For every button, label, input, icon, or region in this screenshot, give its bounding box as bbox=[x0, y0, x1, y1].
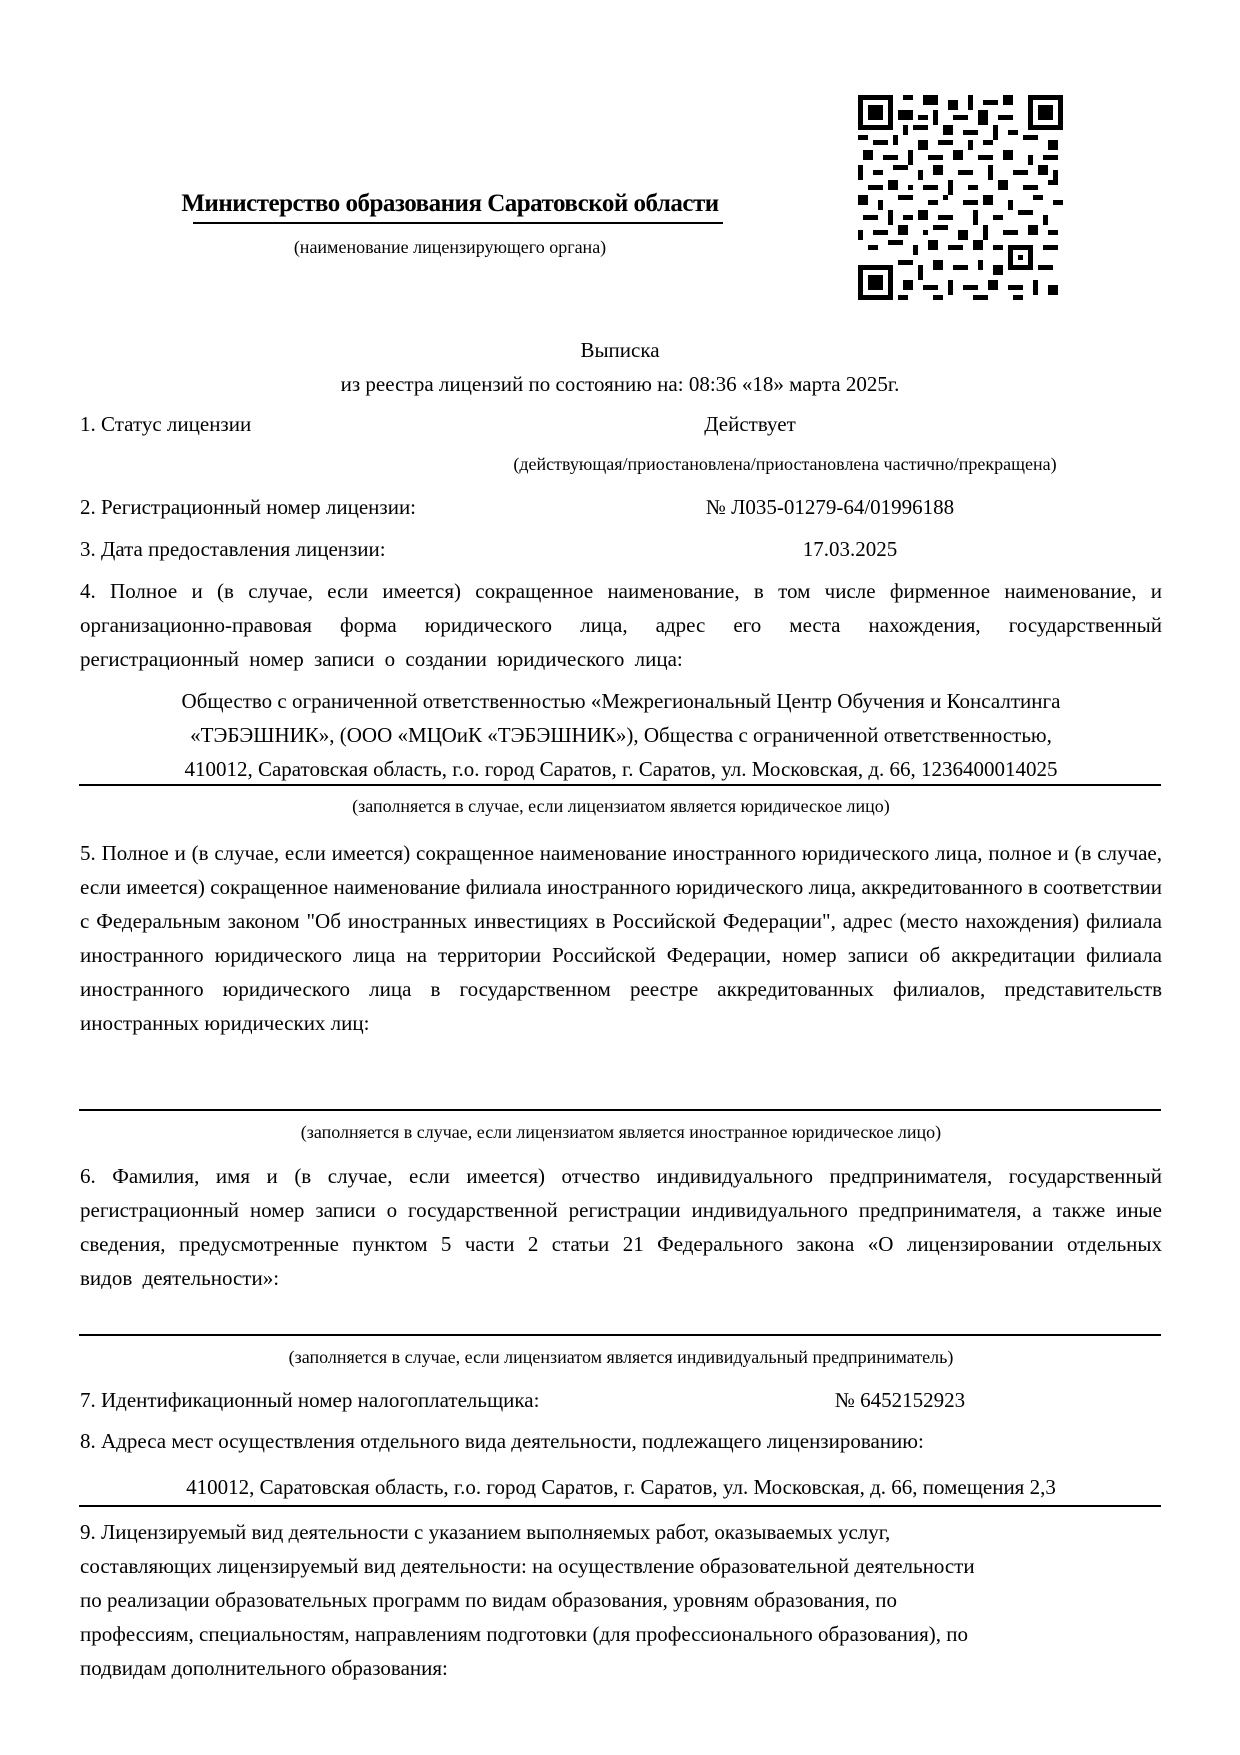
inn-value: № 6452152923 bbox=[800, 1383, 1000, 1417]
document-subtitle: из реестра лицензий по состоянию на: 08:… bbox=[0, 372, 1240, 397]
licensed-activity-line: профессиям, специальностям, направлениям… bbox=[80, 1617, 1180, 1651]
activity-address-value: 410012, Саратовская область, г.о. город … bbox=[80, 1470, 1162, 1504]
foreign-entity-caption: (заполняется в случае, если лицензиатом … bbox=[80, 1122, 1162, 1143]
issue-date-label: 3. Дата предоставления лицензии: bbox=[80, 532, 386, 566]
individual-entrepreneur-underline bbox=[79, 1334, 1161, 1336]
licensed-activity-description: 9. Лицензируемый вид деятельности с указ… bbox=[80, 1515, 1180, 1685]
authority-underline bbox=[193, 222, 723, 224]
individual-entrepreneur-description: 6. Фамилия, имя и (в случае, если имеетс… bbox=[80, 1159, 1162, 1295]
legal-entity-description: 4. Полное и (в случае, если имеется) сок… bbox=[80, 574, 1162, 676]
legal-entity-caption: (заполняется в случае, если лицензиатом … bbox=[80, 796, 1162, 817]
licensing-authority-caption: (наименование лицензирующего органа) bbox=[80, 237, 820, 258]
activity-address-label: 8. Адреса мест осуществления отдельного … bbox=[80, 1424, 924, 1458]
reg-number-label: 2. Регистрационный номер лицензии: bbox=[80, 490, 416, 524]
activity-address-underline bbox=[79, 1505, 1161, 1507]
legal-entity-line: Общество с ограниченной ответственностью… bbox=[80, 684, 1162, 718]
status-caption: (действующая/приостановлена/приостановле… bbox=[410, 454, 1160, 475]
individual-entrepreneur-caption: (заполняется в случае, если лицензиатом … bbox=[80, 1347, 1162, 1368]
licensed-activity-line: составляющих лицензируемый вид деятельно… bbox=[80, 1549, 1180, 1583]
issue-date-value: 17.03.2025 bbox=[730, 532, 970, 566]
licensed-activity-line: подвидам дополнительного образования: bbox=[80, 1651, 1180, 1685]
licensing-authority-name: Министерство образования Саратовской обл… bbox=[80, 190, 820, 218]
status-label: 1. Статус лицензии bbox=[80, 407, 251, 441]
legal-entity-value: Общество с ограниченной ответственностью… bbox=[80, 684, 1162, 786]
document-title: Выписка bbox=[0, 338, 1240, 363]
reg-number-value: № Л035-01279-64/01996188 bbox=[650, 490, 1010, 524]
legal-entity-underline bbox=[79, 784, 1161, 786]
license-extract-page: Министерство образования Саратовской обл… bbox=[0, 0, 1240, 1755]
legal-entity-line: «ТЭБЭШНИК», (ООО «МЦОиК «ТЭБЭШНИК»), Общ… bbox=[80, 718, 1162, 752]
foreign-entity-description: 5. Полное и (в случае, если имеется) сок… bbox=[80, 836, 1162, 1040]
inn-label: 7. Идентификационный номер налогоплатель… bbox=[80, 1383, 539, 1417]
licensed-activity-line: по реализации образовательных программ п… bbox=[80, 1583, 1180, 1617]
licensed-activity-line: 9. Лицензируемый вид деятельности с указ… bbox=[80, 1515, 1180, 1549]
legal-entity-line: 410012, Саратовская область, г.о. город … bbox=[80, 752, 1162, 786]
foreign-entity-underline bbox=[79, 1109, 1161, 1111]
status-value: Действует bbox=[600, 407, 900, 441]
qr-code-icon bbox=[858, 95, 1063, 300]
